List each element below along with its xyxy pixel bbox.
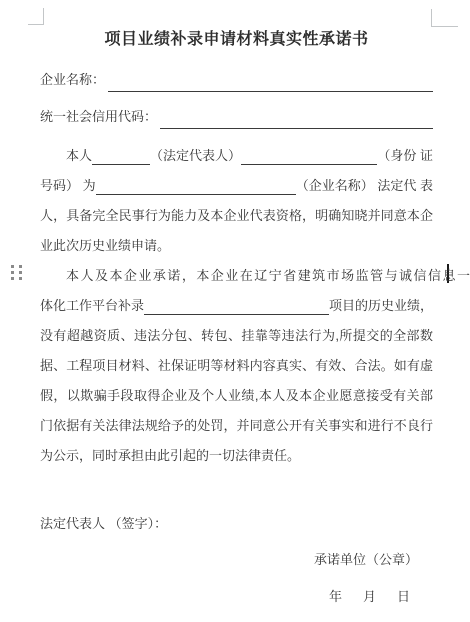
- text-segment[interactable]: 体化工作平台补录: [40, 291, 144, 321]
- paragraph-line[interactable]: 号码） 为 （企业名称） 法定代 表: [40, 171, 433, 201]
- text-segment[interactable]: 项目的历史业绩，: [329, 291, 433, 321]
- margin-mark-top-left: [28, 24, 44, 25]
- company-name-inline-blank[interactable]: [96, 171, 296, 195]
- credit-code-blank[interactable]: [160, 105, 433, 129]
- text-segment[interactable]: （企业名称） 法定代 表: [296, 171, 433, 201]
- credit-code-label[interactable]: 统一社会信用代码：: [40, 105, 157, 129]
- paragraph-line[interactable]: 人，具备完全民事行为能力及本企业代表资格，明确知晓并同意本企: [40, 201, 433, 231]
- company-name-field: 企业名称：: [40, 68, 433, 92]
- date-line[interactable]: 年 月 日: [40, 584, 433, 610]
- paragraph-line[interactable]: 没有超越资质、违法分包、转包、挂靠等违法行为,所提交的全部数: [40, 321, 433, 351]
- id-number-blank[interactable]: [241, 141, 377, 165]
- paragraph-line[interactable]: 业此次历史业绩申请。: [40, 231, 433, 261]
- project-name-blank[interactable]: [144, 291, 329, 315]
- paragraph-drag-handle-icon[interactable]: [11, 265, 22, 280]
- date-day-label[interactable]: 日: [397, 584, 410, 610]
- paragraph-commitment: 本人及本企业承诺，本企业在辽宁省建筑市场监管与诚信信息一 体化工作平台补录 项目…: [40, 261, 433, 471]
- document-page: 项目业绩补录申请材料真实性承诺书 企业名称： 统一社会信用代码： 本人 （法定代…: [0, 0, 470, 622]
- paragraph-line[interactable]: 据、工程项目材料、社保证明等材料内容真实、有效、合法。如有虚: [40, 351, 433, 381]
- text-segment[interactable]: 本人: [66, 141, 92, 171]
- paragraph-line[interactable]: 为公示，同时承担由此引起的一切法律责任。: [40, 441, 433, 471]
- paragraph-line[interactable]: 假，以欺骗手段取得企业及个人业绩,本人及本企业愿意接受有关部: [40, 381, 433, 411]
- legal-rep-name-blank[interactable]: [92, 141, 150, 165]
- paragraph-line[interactable]: 体化工作平台补录 项目的历史业绩，: [40, 291, 433, 321]
- text-segment[interactable]: 号码） 为: [40, 171, 96, 201]
- document-content: 项目业绩补录申请材料真实性承诺书 企业名称： 统一社会信用代码： 本人 （法定代…: [40, 30, 433, 610]
- margin-mark-top-right: [431, 9, 432, 27]
- legal-rep-signature-label[interactable]: 法定代表人 （签字）：: [40, 511, 433, 537]
- paragraph-line[interactable]: 本人及本企业承诺，本企业在辽宁省建筑市场监管与诚信信息一: [40, 261, 470, 291]
- document-title[interactable]: 项目业绩补录申请材料真实性承诺书: [40, 30, 433, 50]
- unit-seal-label[interactable]: 承诺单位（公章）: [40, 547, 433, 573]
- paragraph-legal-rep: 本人 （法定代表人） （身份 证 号码） 为 （企业名称） 法定代 表 人，具备…: [40, 141, 433, 261]
- credit-code-field: 统一社会信用代码：: [40, 105, 433, 129]
- company-name-label[interactable]: 企业名称：: [40, 68, 105, 92]
- company-name-blank[interactable]: [108, 68, 433, 92]
- paragraph-line[interactable]: 门依据有关法律法规给予的处罚，并同意公开有关事实和进行不良行: [40, 411, 433, 441]
- text-segment[interactable]: （身份 证: [377, 141, 433, 171]
- margin-mark-top-right: [431, 26, 458, 27]
- date-year-label[interactable]: 年: [329, 584, 342, 610]
- date-month-label[interactable]: 月: [363, 584, 376, 610]
- paragraph-line[interactable]: 本人 （法定代表人） （身份 证: [40, 141, 433, 171]
- margin-mark-top-left: [43, 8, 44, 25]
- text-segment[interactable]: （法定代表人）: [150, 141, 241, 171]
